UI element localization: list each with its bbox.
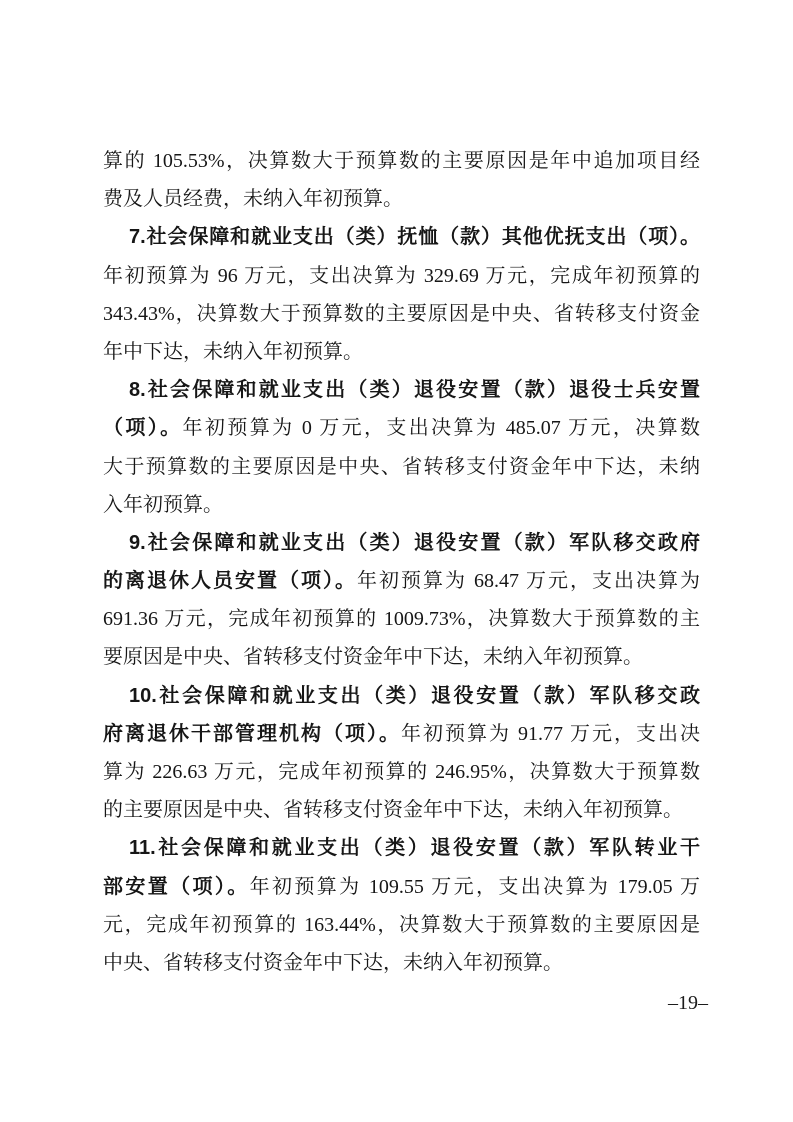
body-text-segment: 算为 226.63 万元，完成年初预算的 246.95%，决算数大于预算数	[103, 761, 700, 783]
body-text-segment: 大于预算数的主要原因是中央、省转移支付资金年中下达，未纳	[103, 456, 700, 478]
paragraph-continuation: 算的 105.53%，决算数大于预算数的主要原因是年中追加项目经费及人员经费，未…	[103, 142, 700, 218]
body-text-segment: 年初预算为 96 万元，支出决算为 329.69 万元，完成年初预算的	[103, 265, 700, 287]
text-line: 入年初预算。	[103, 486, 700, 524]
text-line: 年初预算为 96 万元，支出决算为 329.69 万元，完成年初预算的	[103, 257, 700, 295]
body-text-segment: 年初预算为 109.55 万元，支出决算为 179.05 万	[250, 876, 700, 898]
paragraph-item-9: 9.社会保障和就业支出（类）退役安置（款）军队移交政府的离退休人员安置（项）。年…	[103, 524, 700, 677]
body-text-segment: 费及人员经费，未纳入年初预算。	[103, 188, 403, 210]
bold-heading-segment: 的离退休人员安置（项）。	[103, 570, 357, 592]
page-number: –19–	[668, 991, 708, 1015]
bold-heading-segment: 11.社会保障和就业支出（类）退役安置（款）军队转业干	[129, 837, 700, 859]
text-line: 算的 105.53%，决算数大于预算数的主要原因是年中追加项目经	[103, 142, 700, 180]
heading-line: 9.社会保障和就业支出（类）退役安置（款）军队移交政府	[103, 524, 700, 562]
body-text-segment: 入年初预算。	[103, 494, 223, 516]
heading-line: 11.社会保障和就业支出（类）退役安置（款）军队转业干	[103, 829, 700, 867]
text-line: 部安置（项）。年初预算为 109.55 万元，支出决算为 179.05 万	[103, 868, 700, 906]
bold-heading-segment: 部安置（项）。	[103, 876, 250, 898]
body-text-segment: 元，完成年初预算的 163.44%，决算数大于预算数的主要原因是	[103, 914, 700, 936]
body-text-segment: 343.43%，决算数大于预算数的主要原因是中央、省转移支付资金	[103, 303, 700, 325]
bold-heading-segment: 府离退休干部管理机构（项）。	[103, 723, 401, 745]
body-text-segment: 年初预算为 68.47 万元，支出决算为	[357, 570, 700, 592]
body-text-segment: 中央、省转移支付资金年中下达，未纳入年初预算。	[103, 952, 563, 974]
body-text-segment: 的主要原因是中央、省转移支付资金年中下达，未纳入年初预算。	[103, 799, 683, 821]
text-line: 算为 226.63 万元，完成年初预算的 246.95%，决算数大于预算数	[103, 753, 700, 791]
paragraph-item-11: 11.社会保障和就业支出（类）退役安置（款）军队转业干部安置（项）。年初预算为 …	[103, 829, 700, 982]
paragraph-item-8: 8.社会保障和就业支出（类）退役安置（款）退役士兵安置（项）。年初预算为 0 万…	[103, 371, 700, 524]
bold-heading-segment: 9.社会保障和就业支出（类）退役安置（款）军队移交政府	[129, 532, 700, 554]
text-line: 343.43%，决算数大于预算数的主要原因是中央、省转移支付资金	[103, 295, 700, 333]
bold-heading-segment: 8.社会保障和就业支出（类）退役安置（款）退役士兵安置	[129, 379, 700, 401]
text-line: 中央、省转移支付资金年中下达，未纳入年初预算。	[103, 944, 700, 982]
body-text-segment: 691.36 万元，完成年初预算的 1009.73%，决算数大于预算数的主	[103, 608, 700, 630]
text-line: 691.36 万元，完成年初预算的 1009.73%，决算数大于预算数的主	[103, 600, 700, 638]
text-line: 年中下达，未纳入年初预算。	[103, 333, 700, 371]
heading-line: 8.社会保障和就业支出（类）退役安置（款）退役士兵安置	[103, 371, 700, 409]
text-line: 要原因是中央、省转移支付资金年中下达，未纳入年初预算。	[103, 638, 700, 676]
text-line: 的主要原因是中央、省转移支付资金年中下达，未纳入年初预算。	[103, 791, 700, 829]
bold-heading-segment: （项）。	[103, 417, 183, 439]
text-line: 大于预算数的主要原因是中央、省转移支付资金年中下达，未纳	[103, 448, 700, 486]
text-line: 的离退休人员安置（项）。年初预算为 68.47 万元，支出决算为	[103, 562, 700, 600]
text-line: 府离退休干部管理机构（项）。年初预算为 91.77 万元，支出决	[103, 715, 700, 753]
body-text-segment: 要原因是中央、省转移支付资金年中下达，未纳入年初预算。	[103, 646, 643, 668]
heading-line: 10.社会保障和就业支出（类）退役安置（款）军队移交政	[103, 677, 700, 715]
text-line: 元，完成年初预算的 163.44%，决算数大于预算数的主要原因是	[103, 906, 700, 944]
body-text-segment: 年初预算为 91.77 万元，支出决	[401, 723, 700, 745]
document-body: 算的 105.53%，决算数大于预算数的主要原因是年中追加项目经费及人员经费，未…	[103, 142, 700, 982]
heading-line: 7.社会保障和就业支出（类）抚恤（款）其他优抚支出（项）。	[103, 218, 700, 256]
paragraph-item-7: 7.社会保障和就业支出（类）抚恤（款）其他优抚支出（项）。年初预算为 96 万元…	[103, 218, 700, 371]
document-page: 算的 105.53%，决算数大于预算数的主要原因是年中追加项目经费及人员经费，未…	[0, 0, 793, 1122]
body-text-segment: 年初预算为 0 万元，支出决算为 485.07 万元，决算数	[183, 417, 700, 439]
paragraph-item-10: 10.社会保障和就业支出（类）退役安置（款）军队移交政府离退休干部管理机构（项）…	[103, 677, 700, 830]
body-text-segment: 年中下达，未纳入年初预算。	[103, 341, 363, 363]
bold-heading-segment: 7.社会保障和就业支出（类）抚恤（款）其他优抚支出（项）。	[129, 226, 700, 248]
text-line: （项）。年初预算为 0 万元，支出决算为 485.07 万元，决算数	[103, 409, 700, 447]
bold-heading-segment: 10.社会保障和就业支出（类）退役安置（款）军队移交政	[129, 685, 700, 707]
text-line: 费及人员经费，未纳入年初预算。	[103, 180, 700, 218]
body-text-segment: 算的 105.53%，决算数大于预算数的主要原因是年中追加项目经	[103, 150, 700, 172]
